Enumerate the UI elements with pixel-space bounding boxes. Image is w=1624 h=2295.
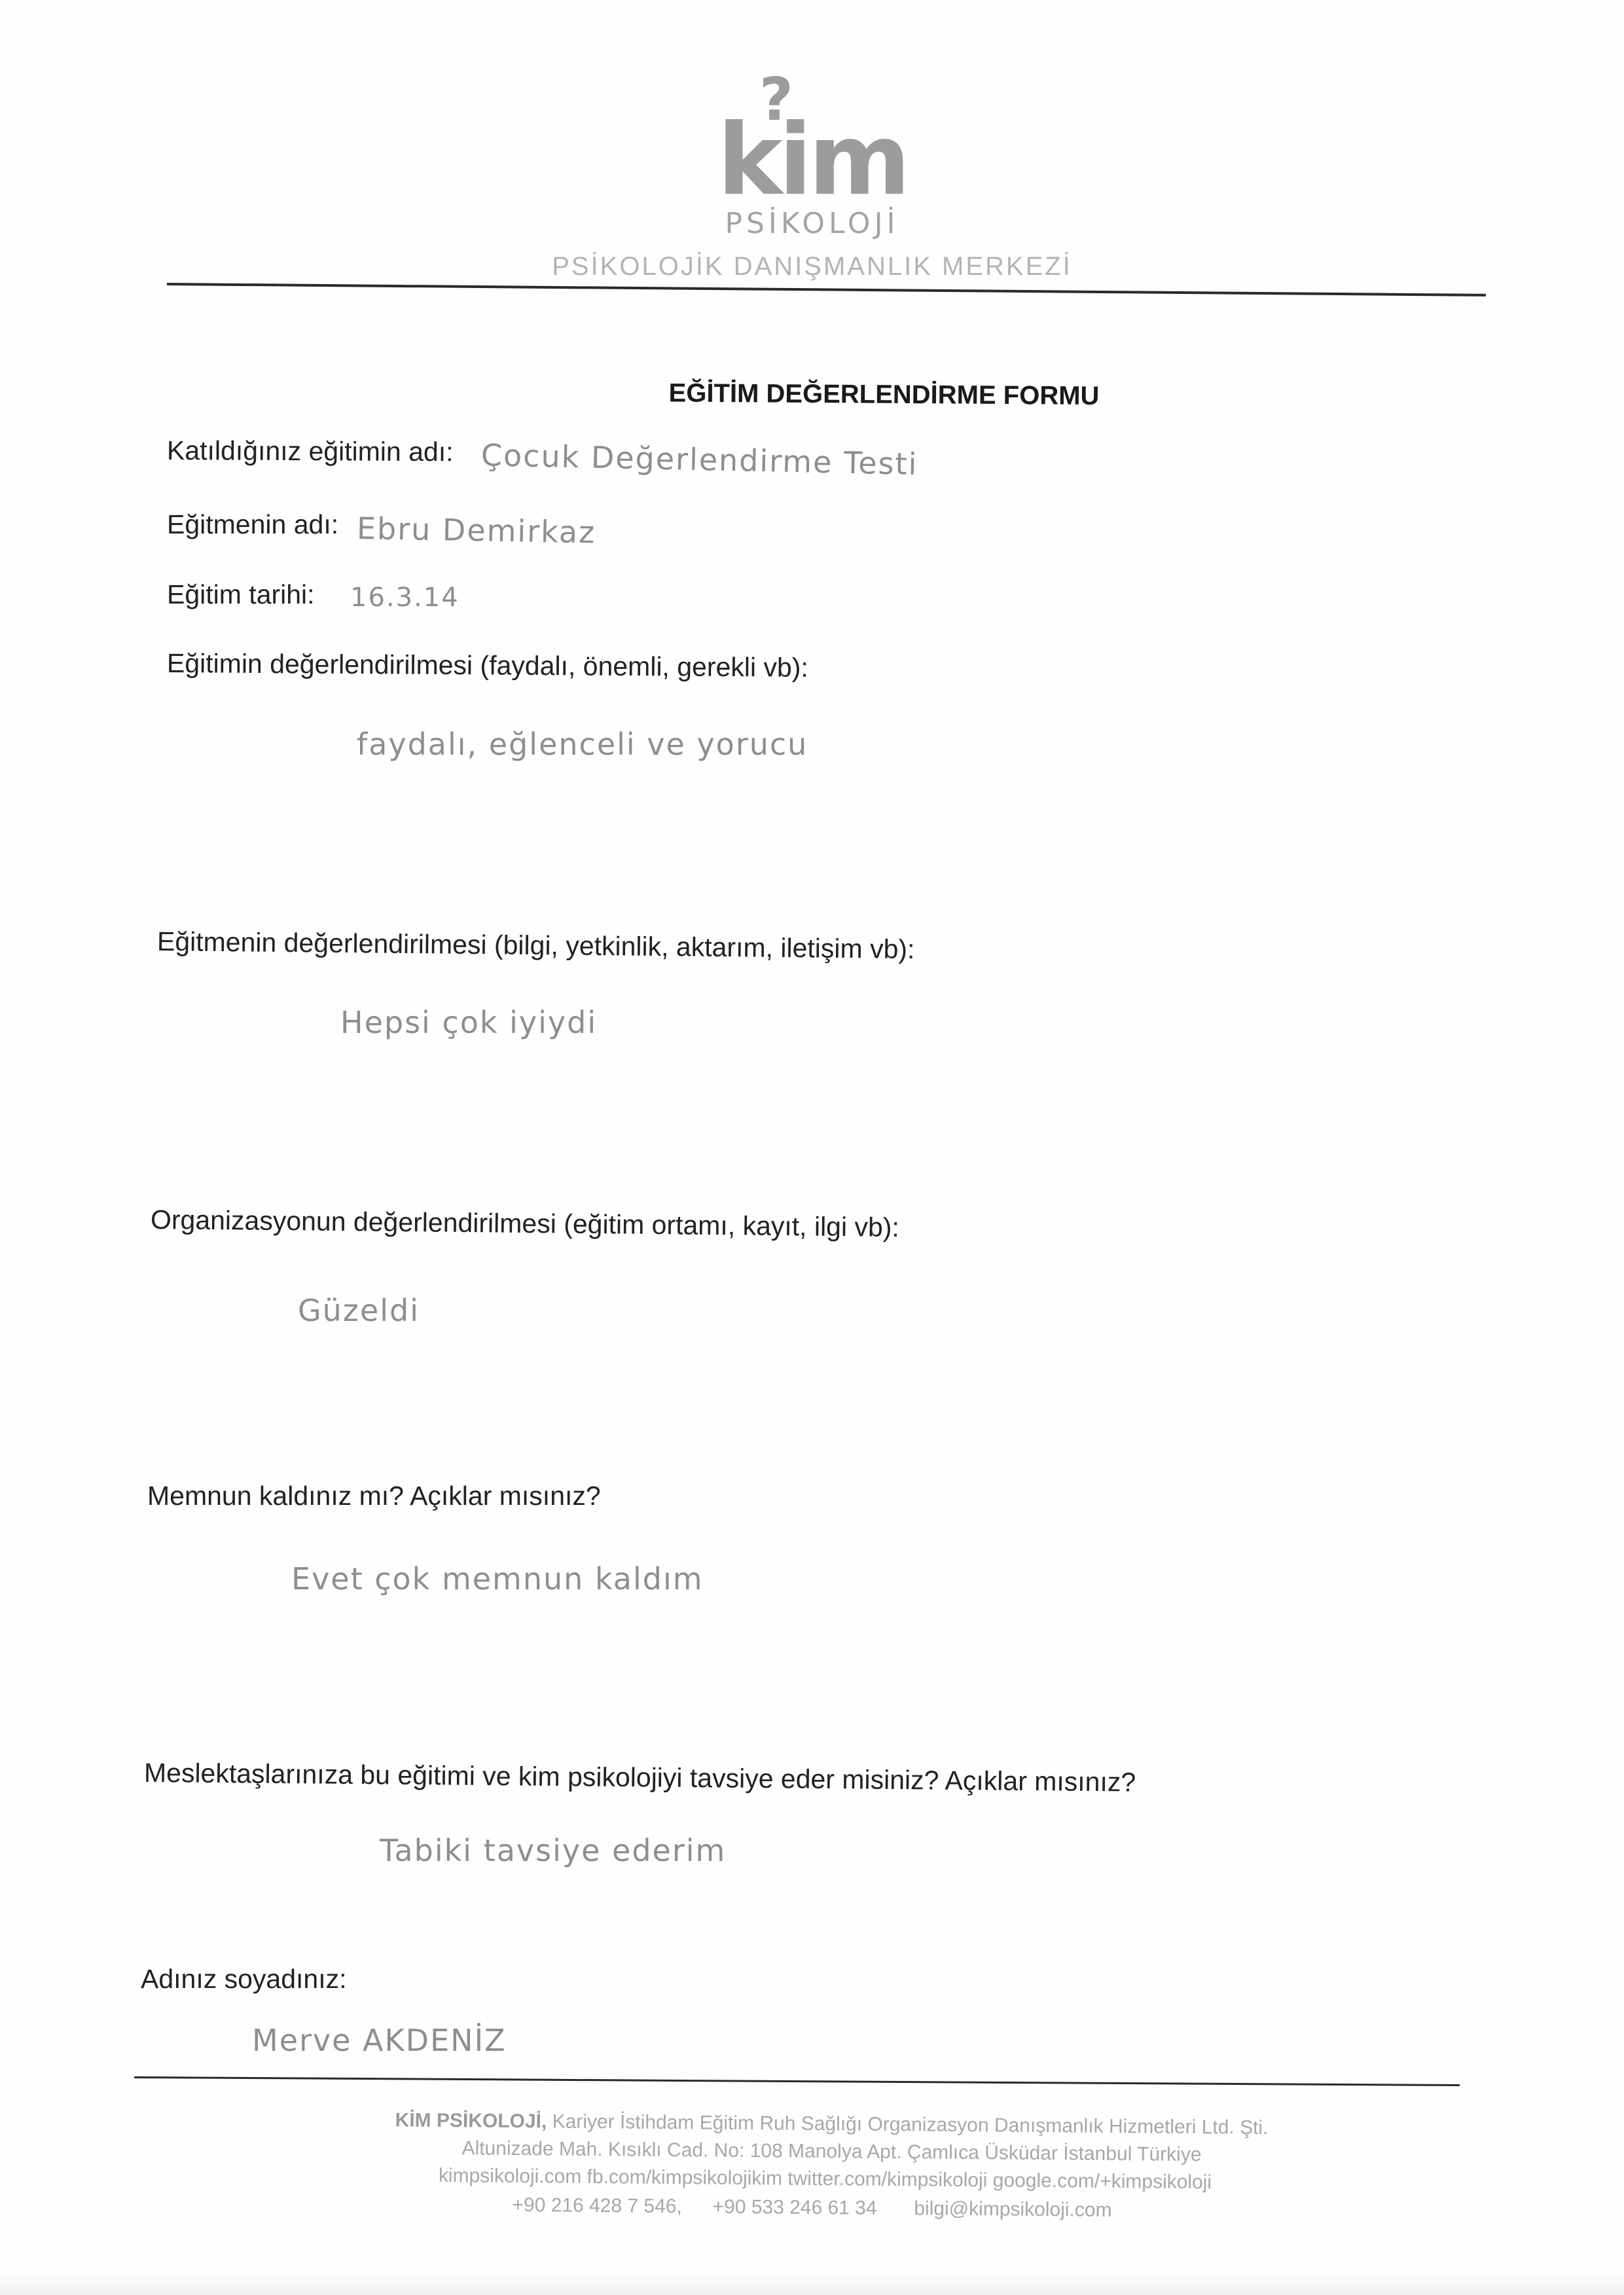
field-answer-organization-evaluation[interactable]: Güzeldi (298, 1293, 420, 1328)
field-answer-trainer-name[interactable]: Ebru Demirkaz (357, 511, 596, 550)
field-label-training-name: Katıldığınız eğitimin adı: (167, 435, 454, 467)
form-title: EĞİTİM DEĞERLENDİRME FORMU (0, 374, 1624, 414)
field-label-organization-evaluation: Organizasyonun değerlendirilmesi (eğitim… (151, 1204, 899, 1243)
field-label-training-evaluation: Eğitimin değerlendirilmesi (faydalı, öne… (167, 648, 808, 683)
field-label-full-name: Adınız soyadınız: (141, 1964, 347, 1995)
footer-company-name: KİM PSİKOLOJİ, (395, 2109, 547, 2132)
field-answer-trainer-evaluation[interactable]: Hepsi çok iyiydi (340, 1005, 597, 1040)
question-mark-icon: ? (759, 71, 789, 130)
field-answer-training-evaluation[interactable]: faydalı, eğlenceli ve yorucu (357, 727, 808, 762)
field-answer-recommendation[interactable]: Tabiki tavsiye ederim (380, 1833, 726, 1868)
field-label-trainer-evaluation: Eğitmenin değerlendirilmesi (bilgi, yetk… (157, 926, 915, 965)
header-divider (167, 283, 1486, 297)
logo-tagline: PSİKOLOJİK DANIŞMANLIK MERKEZİ (0, 252, 1624, 281)
footer-phone-2: +90 533 246 61 34 (712, 2196, 876, 2219)
scan-edge (0, 2271, 1624, 2295)
footer-divider (134, 2076, 1460, 2086)
field-label-trainer-name: Eğitmenin adı: (167, 509, 338, 540)
field-label-recommendation: Meslektaşlarınıza bu eğitimi ve kim psik… (144, 1758, 1136, 1798)
field-answer-satisfaction[interactable]: Evet çok memnun kaldım (291, 1561, 704, 1597)
scanned-form-page: kim ? PSİKOLOJİ PSİKOLOJİK DANIŞMANLIK M… (0, 0, 1624, 2295)
field-label-satisfaction: Memnun kaldınız mı? Açıklar mısınız? (147, 1481, 601, 1511)
footer-email: bilgi@kimpsikoloji.com (914, 2197, 1111, 2221)
field-answer-full-name[interactable]: Merve AKDENİZ (252, 2023, 507, 2058)
logo-wordmark: kim (717, 103, 907, 217)
field-answer-training-date[interactable]: 16.3.14 (350, 583, 460, 613)
footer-phone-1: +90 216 428 7 546, (512, 2194, 682, 2217)
logo-mark: kim ? (717, 111, 907, 209)
field-answer-training-name[interactable]: Çocuk Değerlendirme Testi (480, 437, 918, 482)
field-label-training-date: Eğitim tarihi: (167, 579, 315, 610)
company-logo: kim ? PSİKOLOJİ PSİKOLOJİK DANIŞMANLIK M… (0, 111, 1624, 281)
footer-company-description: Kariyer İstihdam Eğitim Ruh Sağlığı Orga… (547, 2110, 1268, 2139)
